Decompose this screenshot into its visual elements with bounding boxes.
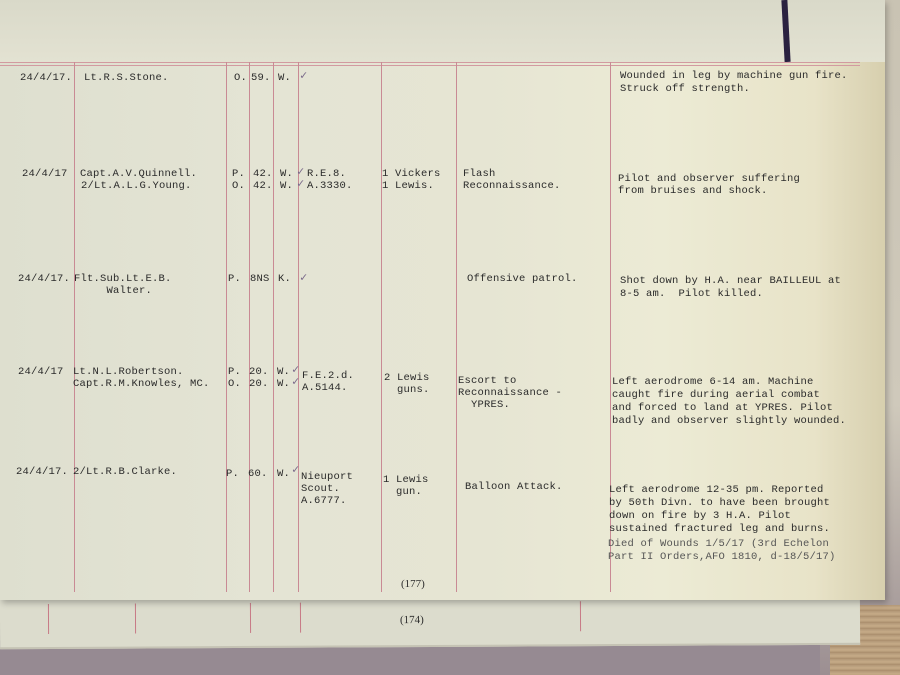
- entry-duty: Reconnaissance.: [463, 180, 561, 193]
- entry-date: 24/4/17: [22, 168, 68, 181]
- entry-name: Lt.R.S.Stone.: [84, 72, 169, 85]
- entry-date: 24/4/17.: [16, 466, 68, 479]
- column-rule-role: [249, 62, 250, 592]
- entry-casualty: W.: [277, 468, 290, 481]
- check-mark-icon: ✓: [300, 272, 307, 285]
- entry-squadron: 8NS: [250, 273, 270, 286]
- column-rule-machine: [381, 62, 382, 592]
- entry-remarks-line: down on fire by 3 H.A. Pilot: [609, 510, 791, 523]
- entry-squadron: 60.: [248, 468, 268, 481]
- entry-remarks-line: from bruises and shock.: [618, 185, 768, 198]
- entry-squadron: 20.: [249, 378, 269, 391]
- entry-remarks-line: Left aerodrome 6-14 am. Machine: [612, 376, 814, 389]
- entry-annotation-line: Part II Orders,AFO 1810, d-18/5/17): [608, 551, 836, 564]
- check-mark-icon: ✓: [300, 70, 307, 83]
- entry-machine: A.6777.: [301, 495, 347, 508]
- entry-casualty: W.: [280, 180, 293, 193]
- entry-date: 24/4/17: [18, 366, 64, 379]
- entry-date: 24/4/17.: [20, 72, 72, 85]
- entry-role: P.: [228, 273, 241, 286]
- entry-role: O.: [234, 72, 247, 85]
- entry-role: P.: [226, 468, 239, 481]
- entry-machine: A.5144.: [302, 382, 348, 395]
- entry-name: 2/Lt.R.B.Clarke.: [73, 466, 177, 479]
- entry-duty: Balloon Attack.: [465, 481, 563, 494]
- entry-annotation-line: Died of Wounds 1/5/17 (3rd Echelon: [608, 538, 829, 551]
- entry-remarks-line: Left aerodrome 12-35 pm. Reported: [609, 484, 824, 497]
- entry-armament: 1 Lewis.: [382, 180, 434, 193]
- check-mark-icon: ✓: [292, 376, 299, 389]
- entry-name: 2/Lt.A.L.G.Young.: [81, 180, 192, 193]
- header-rule-double: [0, 65, 860, 66]
- previous-fold-band: [0, 0, 885, 62]
- header-rule: [0, 62, 860, 63]
- underlying-page-number: (174): [400, 614, 424, 626]
- entry-casualty: W.: [278, 72, 291, 85]
- entry-casualty: W.: [277, 378, 290, 391]
- entry-name: Capt.R.M.Knowles, MC.: [73, 378, 210, 391]
- entry-armament: gun.: [383, 486, 422, 499]
- entry-remarks-line: Wounded in leg by machine gun fire.: [620, 70, 848, 83]
- column-rule-date: [74, 62, 75, 592]
- ledger-page: 24/4/17. Lt.R.S.Stone. O. 59. W. ✓ Wound…: [0, 0, 885, 600]
- entry-remarks-line: badly and observer slightly wounded.: [612, 415, 846, 428]
- entry-duty: Offensive patrol.: [467, 273, 578, 286]
- entry-armament: guns.: [384, 384, 430, 397]
- entry-duty: YPRES.: [458, 399, 510, 412]
- column-rule-armament: [456, 62, 457, 592]
- entry-remarks-line: sustained fractured leg and burns.: [609, 523, 830, 536]
- check-mark-icon: ✓: [292, 464, 299, 477]
- entry-remarks-line: and forced to land at YPRES. Pilot: [612, 402, 833, 415]
- column-rule-name: [226, 62, 227, 592]
- entry-squadron: 42.: [253, 180, 273, 193]
- entry-remarks-line: by 50th Divn. to have been brought: [609, 497, 830, 510]
- entry-remarks-line: 8-5 am. Pilot killed.: [620, 288, 763, 301]
- entry-role: O.: [232, 180, 245, 193]
- column-rule-squadron: [273, 62, 274, 592]
- entry-squadron: 59.: [251, 72, 271, 85]
- check-mark-icon: ✓: [297, 178, 304, 191]
- page-number: (177): [401, 578, 425, 590]
- entry-remarks-line: Shot down by H.A. near BAILLEUL at: [620, 275, 841, 288]
- entry-remarks-line: Struck off strength.: [620, 83, 750, 96]
- entry-machine: A.3330.: [307, 180, 353, 193]
- column-rule-casualty: [298, 62, 299, 592]
- entry-role: O.: [228, 378, 241, 391]
- entry-name: Walter.: [74, 285, 152, 298]
- entry-date: 24/4/17.: [18, 273, 70, 286]
- entry-casualty: K.: [278, 273, 291, 286]
- entry-remarks-line: caught fire during aerial combat: [612, 389, 820, 402]
